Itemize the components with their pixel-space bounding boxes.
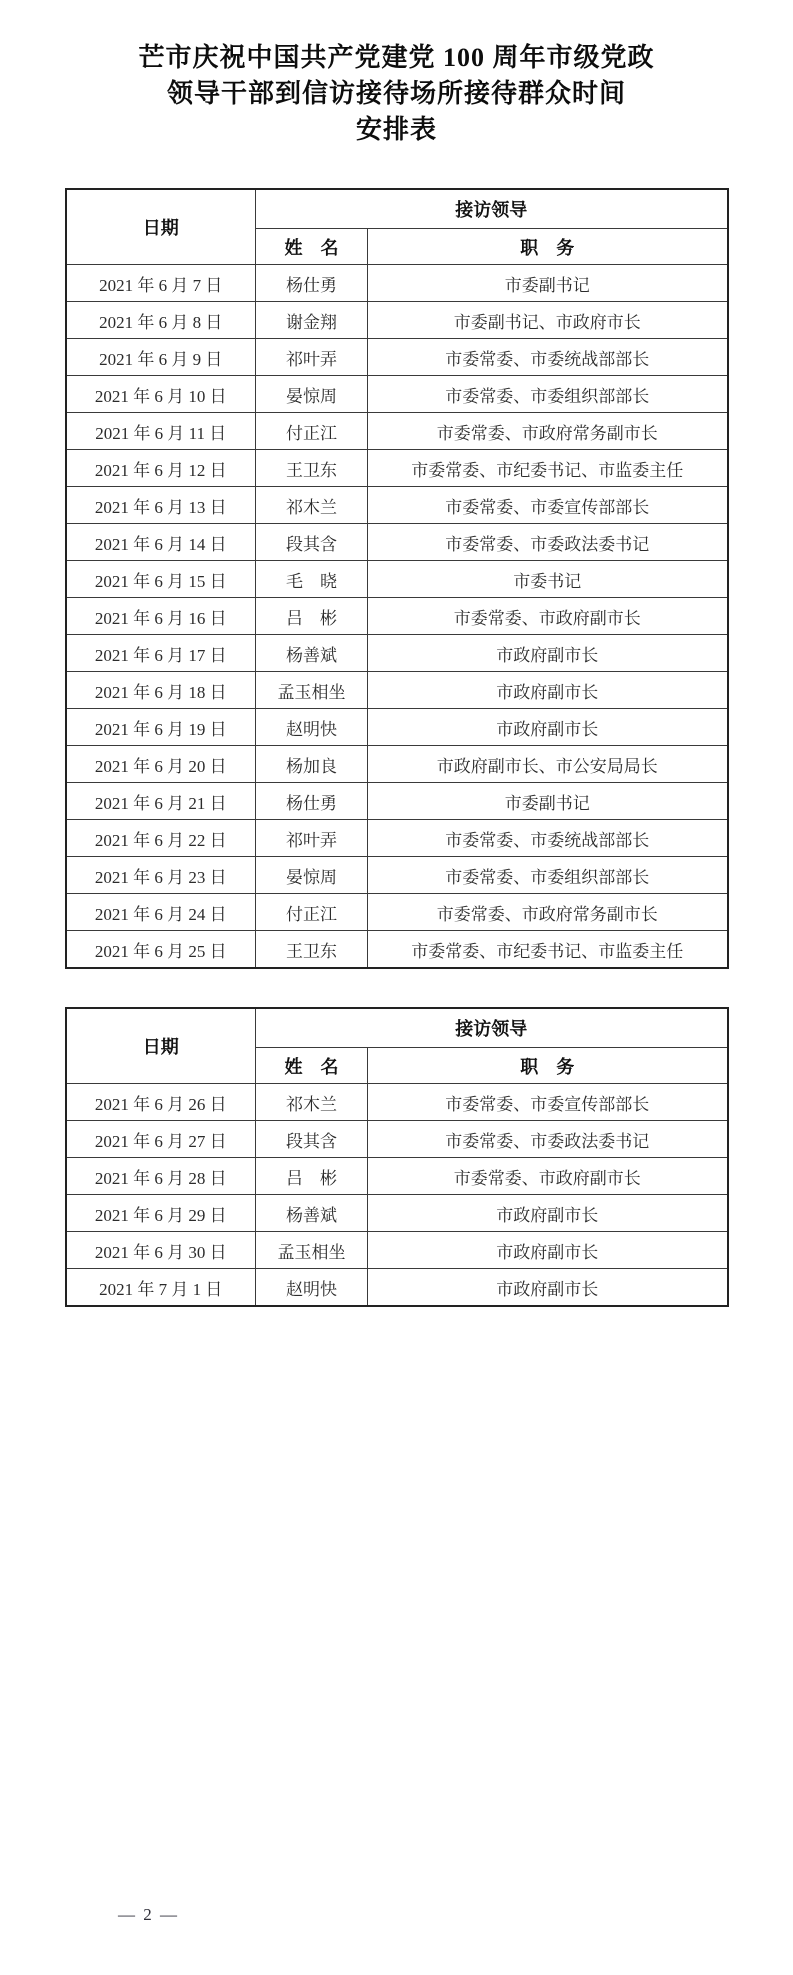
date-cell: 2021 年 6 月 14 日 — [66, 524, 256, 561]
position-cell: 市委常委、市委组织部部长 — [368, 857, 728, 894]
table-row: 2021 年 6 月 20 日杨加良市政府副市长、市公安局局长 — [66, 746, 728, 783]
date-cell: 2021 年 6 月 19 日 — [66, 709, 256, 746]
date-cell: 2021 年 6 月 23 日 — [66, 857, 256, 894]
name-cell: 段其含 — [256, 1121, 368, 1158]
page-title-line-2: 领导干部到信访接待场所接待群众时间 — [0, 76, 793, 112]
position-cell: 市委常委、市政府副市长 — [368, 598, 728, 635]
position-cell: 市委常委、市委统战部部长 — [368, 820, 728, 857]
date-cell: 2021 年 6 月 13 日 — [66, 487, 256, 524]
column-header-reception-leaders: 接访领导 — [256, 189, 728, 229]
table-body: 2021 年 6 月 7 日杨仕勇市委副书记2021 年 6 月 8 日谢金翔市… — [66, 265, 728, 969]
position-cell: 市委常委、市委统战部部长 — [368, 339, 728, 376]
name-cell: 杨仕勇 — [256, 783, 368, 820]
name-cell: 毛 晓 — [256, 561, 368, 598]
table-row: 2021 年 6 月 17 日杨善斌市政府副市长 — [66, 635, 728, 672]
date-cell: 2021 年 6 月 22 日 — [66, 820, 256, 857]
name-cell: 杨加良 — [256, 746, 368, 783]
position-cell: 市委书记 — [368, 561, 728, 598]
table-row: 2021 年 6 月 7 日杨仕勇市委副书记 — [66, 265, 728, 302]
position-cell: 市委常委、市委宣传部部长 — [368, 487, 728, 524]
table-row: 2021 年 6 月 23 日晏惊周市委常委、市委组织部部长 — [66, 857, 728, 894]
position-cell: 市政府副市长 — [368, 1269, 728, 1307]
date-cell: 2021 年 6 月 11 日 — [66, 413, 256, 450]
name-cell: 祁叶弄 — [256, 339, 368, 376]
name-cell: 杨仕勇 — [256, 265, 368, 302]
table-row: 2021 年 6 月 29 日杨善斌市政府副市长 — [66, 1195, 728, 1232]
table-row: 2021 年 6 月 15 日毛 晓市委书记 — [66, 561, 728, 598]
page-title: 芒市庆祝中国共产党建党 100 周年市级党政 领导干部到信访接待场所接待群众时间… — [0, 0, 793, 148]
column-header-name: 姓 名 — [256, 229, 368, 265]
table-row: 2021 年 7 月 1 日赵明快市政府副市长 — [66, 1269, 728, 1307]
position-cell: 市委副书记 — [368, 265, 728, 302]
page-title-line-1: 芒市庆祝中国共产党建党 100 周年市级党政 — [0, 40, 793, 76]
date-cell: 2021 年 6 月 10 日 — [66, 376, 256, 413]
date-cell: 2021 年 6 月 8 日 — [66, 302, 256, 339]
name-cell: 孟玉相坐 — [256, 672, 368, 709]
name-cell: 杨善斌 — [256, 1195, 368, 1232]
table-header-row-1: 日期 接访领导 — [66, 1008, 728, 1048]
name-cell: 赵明快 — [256, 709, 368, 746]
date-cell: 2021 年 6 月 26 日 — [66, 1084, 256, 1121]
table-row: 2021 年 6 月 18 日孟玉相坐市政府副市长 — [66, 672, 728, 709]
table-body: 2021 年 6 月 26 日祁木兰市委常委、市委宣传部部长2021 年 6 月… — [66, 1084, 728, 1307]
name-cell: 杨善斌 — [256, 635, 368, 672]
document-page: { "title": { "line1": "芒市庆祝中国共产党建党 100 周… — [0, 0, 793, 1975]
table-row: 2021 年 6 月 21 日杨仕勇市委副书记 — [66, 783, 728, 820]
position-cell: 市政府副市长 — [368, 672, 728, 709]
schedule-table-june-26-july-1: 日期 接访领导 姓 名 职 务 2021 年 6 月 26 日祁木兰市委常委、市… — [65, 1007, 729, 1307]
date-cell: 2021 年 6 月 21 日 — [66, 783, 256, 820]
position-cell: 市委常委、市委组织部部长 — [368, 376, 728, 413]
name-cell: 付正江 — [256, 894, 368, 931]
name-cell: 付正江 — [256, 413, 368, 450]
table-header-row-1: 日期 接访领导 — [66, 189, 728, 229]
name-cell: 王卫东 — [256, 450, 368, 487]
table-row: 2021 年 6 月 28 日吕 彬市委常委、市政府副市长 — [66, 1158, 728, 1195]
column-header-reception-leaders: 接访领导 — [256, 1008, 728, 1048]
schedule-table-june-7-25: 日期 接访领导 姓 名 职 务 2021 年 6 月 7 日杨仕勇市委副书记20… — [65, 188, 729, 969]
table-row: 2021 年 6 月 14 日段其含市委常委、市委政法委书记 — [66, 524, 728, 561]
column-header-name: 姓 名 — [256, 1048, 368, 1084]
name-cell: 段其含 — [256, 524, 368, 561]
table-row: 2021 年 6 月 10 日晏惊周市委常委、市委组织部部长 — [66, 376, 728, 413]
position-cell: 市委常委、市政府副市长 — [368, 1158, 728, 1195]
page-title-line-3: 安排表 — [0, 112, 793, 148]
table-row: 2021 年 6 月 16 日吕 彬市委常委、市政府副市长 — [66, 598, 728, 635]
date-cell: 2021 年 6 月 9 日 — [66, 339, 256, 376]
position-cell: 市委常委、市委宣传部部长 — [368, 1084, 728, 1121]
table-row: 2021 年 6 月 12 日王卫东市委常委、市纪委书记、市监委主任 — [66, 450, 728, 487]
column-header-position: 职 务 — [368, 229, 728, 265]
position-cell: 市政府副市长 — [368, 635, 728, 672]
date-cell: 2021 年 6 月 29 日 — [66, 1195, 256, 1232]
date-cell: 2021 年 7 月 1 日 — [66, 1269, 256, 1307]
table-row: 2021 年 6 月 24 日付正江市委常委、市政府常务副市长 — [66, 894, 728, 931]
date-cell: 2021 年 6 月 12 日 — [66, 450, 256, 487]
position-cell: 市委副书记 — [368, 783, 728, 820]
table-row: 2021 年 6 月 11 日付正江市委常委、市政府常务副市长 — [66, 413, 728, 450]
name-cell: 孟玉相坐 — [256, 1232, 368, 1269]
name-cell: 晏惊周 — [256, 857, 368, 894]
date-cell: 2021 年 6 月 28 日 — [66, 1158, 256, 1195]
table-row: 2021 年 6 月 22 日祁叶弄市委常委、市委统战部部长 — [66, 820, 728, 857]
position-cell: 市政府副市长、市公安局局长 — [368, 746, 728, 783]
date-cell: 2021 年 6 月 7 日 — [66, 265, 256, 302]
position-cell: 市政府副市长 — [368, 1232, 728, 1269]
table-row: 2021 年 6 月 19 日赵明快市政府副市长 — [66, 709, 728, 746]
name-cell: 赵明快 — [256, 1269, 368, 1307]
name-cell: 谢金翔 — [256, 302, 368, 339]
position-cell: 市委常委、市纪委书记、市监委主任 — [368, 931, 728, 969]
table-row: 2021 年 6 月 13 日祁木兰市委常委、市委宣传部部长 — [66, 487, 728, 524]
name-cell: 祁木兰 — [256, 487, 368, 524]
table-row: 2021 年 6 月 26 日祁木兰市委常委、市委宣传部部长 — [66, 1084, 728, 1121]
name-cell: 祁木兰 — [256, 1084, 368, 1121]
name-cell: 吕 彬 — [256, 598, 368, 635]
date-cell: 2021 年 6 月 17 日 — [66, 635, 256, 672]
name-cell: 祁叶弄 — [256, 820, 368, 857]
name-cell: 晏惊周 — [256, 376, 368, 413]
position-cell: 市委副书记、市政府市长 — [368, 302, 728, 339]
table-row: 2021 年 6 月 8 日谢金翔市委副书记、市政府市长 — [66, 302, 728, 339]
date-cell: 2021 年 6 月 27 日 — [66, 1121, 256, 1158]
table-row: 2021 年 6 月 27 日段其含市委常委、市委政法委书记 — [66, 1121, 728, 1158]
date-cell: 2021 年 6 月 25 日 — [66, 931, 256, 969]
position-cell: 市政府副市长 — [368, 709, 728, 746]
column-header-position: 职 务 — [368, 1048, 728, 1084]
position-cell: 市委常委、市政府常务副市长 — [368, 894, 728, 931]
name-cell: 吕 彬 — [256, 1158, 368, 1195]
position-cell: 市委常委、市委政法委书记 — [368, 1121, 728, 1158]
date-cell: 2021 年 6 月 18 日 — [66, 672, 256, 709]
name-cell: 王卫东 — [256, 931, 368, 969]
position-cell: 市委常委、市纪委书记、市监委主任 — [368, 450, 728, 487]
date-cell: 2021 年 6 月 30 日 — [66, 1232, 256, 1269]
position-cell: 市政府副市长 — [368, 1195, 728, 1232]
table-row: 2021 年 6 月 25 日王卫东市委常委、市纪委书记、市监委主任 — [66, 931, 728, 969]
date-cell: 2021 年 6 月 24 日 — [66, 894, 256, 931]
table-row: 2021 年 6 月 30 日孟玉相坐市政府副市长 — [66, 1232, 728, 1269]
date-cell: 2021 年 6 月 16 日 — [66, 598, 256, 635]
column-header-date: 日期 — [66, 1008, 256, 1084]
column-header-date: 日期 — [66, 189, 256, 265]
date-cell: 2021 年 6 月 15 日 — [66, 561, 256, 598]
page-number: — 2 — — [118, 1905, 179, 1925]
date-cell: 2021 年 6 月 20 日 — [66, 746, 256, 783]
table-row: 2021 年 6 月 9 日祁叶弄市委常委、市委统战部部长 — [66, 339, 728, 376]
position-cell: 市委常委、市政府常务副市长 — [368, 413, 728, 450]
position-cell: 市委常委、市委政法委书记 — [368, 524, 728, 561]
